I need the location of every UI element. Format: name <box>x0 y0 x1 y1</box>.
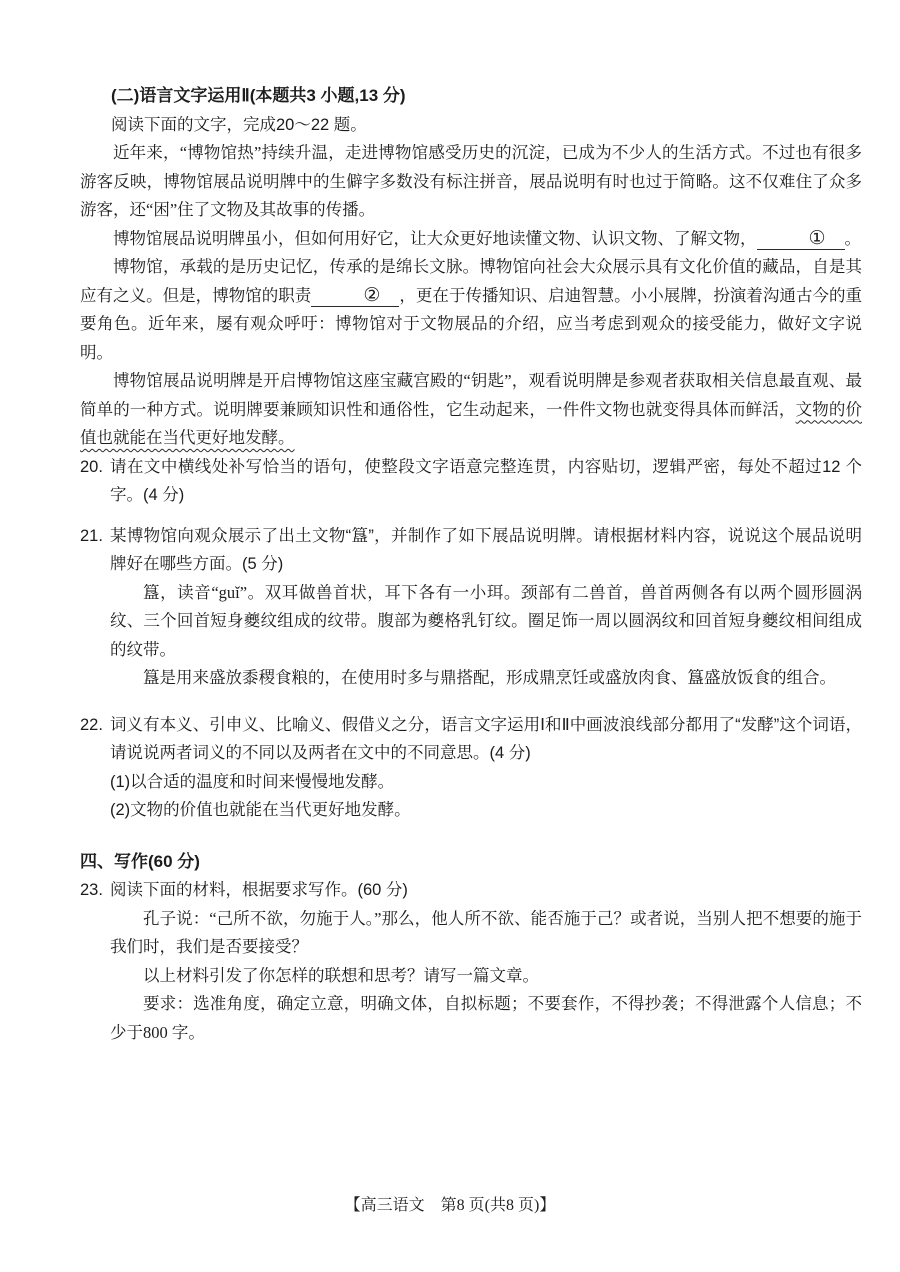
passage-paragraph-4-text: 博物馆展品说明牌是开启博物馆这座宝藏宫殿的“钥匙”，观看说明牌是参观者获取相关信… <box>80 371 862 419</box>
question-20-stem: 请在文中横线处补写恰当的语句，使整段文字语意完整连贯，内容贴切，逻辑严密，每处不… <box>110 453 862 510</box>
question-23-stem: 阅读下面的材料，根据要求写作。(60 分) <box>110 876 862 905</box>
passage-paragraph-3: 博物馆，承载的是历史记忆，传承的是绵长文脉。博物馆向社会大众展示具有文化价值的藏… <box>80 253 862 367</box>
question-22-item-2: (2)文物的价值也就能在当代更好地发酵。 <box>110 796 862 825</box>
passage-paragraph-2-text: 博物馆展品说明牌虽小，但如何用好它，让大众更好地读懂文物、认识文物、了解文物， <box>113 229 757 248</box>
question-20-number: 20. <box>80 453 110 510</box>
section-4-header: 四、写作(60 分) <box>80 848 862 877</box>
question-22: 22. 词义有本义、引申义、比喻义、假借义之分，语言文字运用Ⅰ和Ⅱ中画波浪线部分… <box>80 711 862 825</box>
question-21-material-2: 簋是用来盛放黍稷食粮的，在使用时多与鼎搭配，形成鼎烹饪或盛放肉食、簋盛放饭食的组… <box>110 664 862 693</box>
page-content: (二)语言文字运用Ⅱ(本题共3 小题,13 分) 阅读下面的文字，完成20～22… <box>80 82 862 1047</box>
blank-1-number: ① <box>808 228 825 249</box>
question-23-material-2: 以上材料引发了你怎样的联想和思考？请写一篇文章。 <box>110 962 862 991</box>
question-22-number: 22. <box>80 711 110 825</box>
question-22-item-1: (1)以合适的温度和时间来慢慢地发酵。 <box>110 768 862 797</box>
page-footer: 【高三语文 第8 页(共8 页)】 <box>0 1192 900 1221</box>
question-21-stem: 某博物馆向观众展示了出土文物“簋”，并制作了如下展品说明牌。请根据材料内容，说说… <box>110 522 862 579</box>
section-2-header: (二)语言文字运用Ⅱ(本题共3 小题,13 分) <box>80 82 862 111</box>
question-20: 20. 请在文中横线处补写恰当的语句，使整段文字语意完整连贯，内容贴切，逻辑严密… <box>80 453 862 510</box>
reading-intro: 阅读下面的文字，完成20～22 题。 <box>80 111 862 140</box>
passage-paragraph-2: 博物馆展品说明牌虽小，但如何用好它，让大众更好地读懂文物、认识文物、了解文物，①… <box>80 225 862 254</box>
blank-2-number: ② <box>363 285 380 306</box>
blank-2-underline: ② <box>311 286 399 307</box>
passage-paragraph-4: 博物馆展品说明牌是开启博物馆这座宝藏宫殿的“钥匙”，观看说明牌是参观者获取相关信… <box>80 367 862 453</box>
question-23-material-3: 要求：选准角度，确定立意，明确文体，自拟标题；不要套作，不得抄袭；不得泄露个人信… <box>110 990 862 1047</box>
question-21-number: 21. <box>80 522 110 693</box>
passage-paragraph-1: 近年来，“博物馆热”持续升温，走进博物馆感受历史的沉淀，已成为不少人的生活方式。… <box>80 139 862 225</box>
question-23-number: 23. <box>80 876 110 1047</box>
passage-paragraph-2-period: 。 <box>845 229 862 248</box>
question-21: 21. 某博物馆向观众展示了出土文物“簋”，并制作了如下展品说明牌。请根据材料内… <box>80 522 862 693</box>
question-21-material-1: 簋，读音“guǐ”。双耳做兽首状，耳下各有一小珥。颈部有二兽首，兽首两侧各有以两… <box>110 579 862 665</box>
question-23-material-1: 孔子说：“己所不欲，勿施于人。”那么，他人所不欲、能否施于己？或者说，当别人把不… <box>110 905 862 962</box>
question-22-stem: 词义有本义、引申义、比喻义、假借义之分，语言文字运用Ⅰ和Ⅱ中画波浪线部分都用了“… <box>110 711 862 768</box>
question-23: 23. 阅读下面的材料，根据要求写作。(60 分) 孔子说：“己所不欲，勿施于人… <box>80 876 862 1047</box>
blank-1-underline: ① <box>757 229 845 250</box>
exam-page: (二)语言文字运用Ⅱ(本题共3 小题,13 分) 阅读下面的文字，完成20～22… <box>0 0 900 1272</box>
